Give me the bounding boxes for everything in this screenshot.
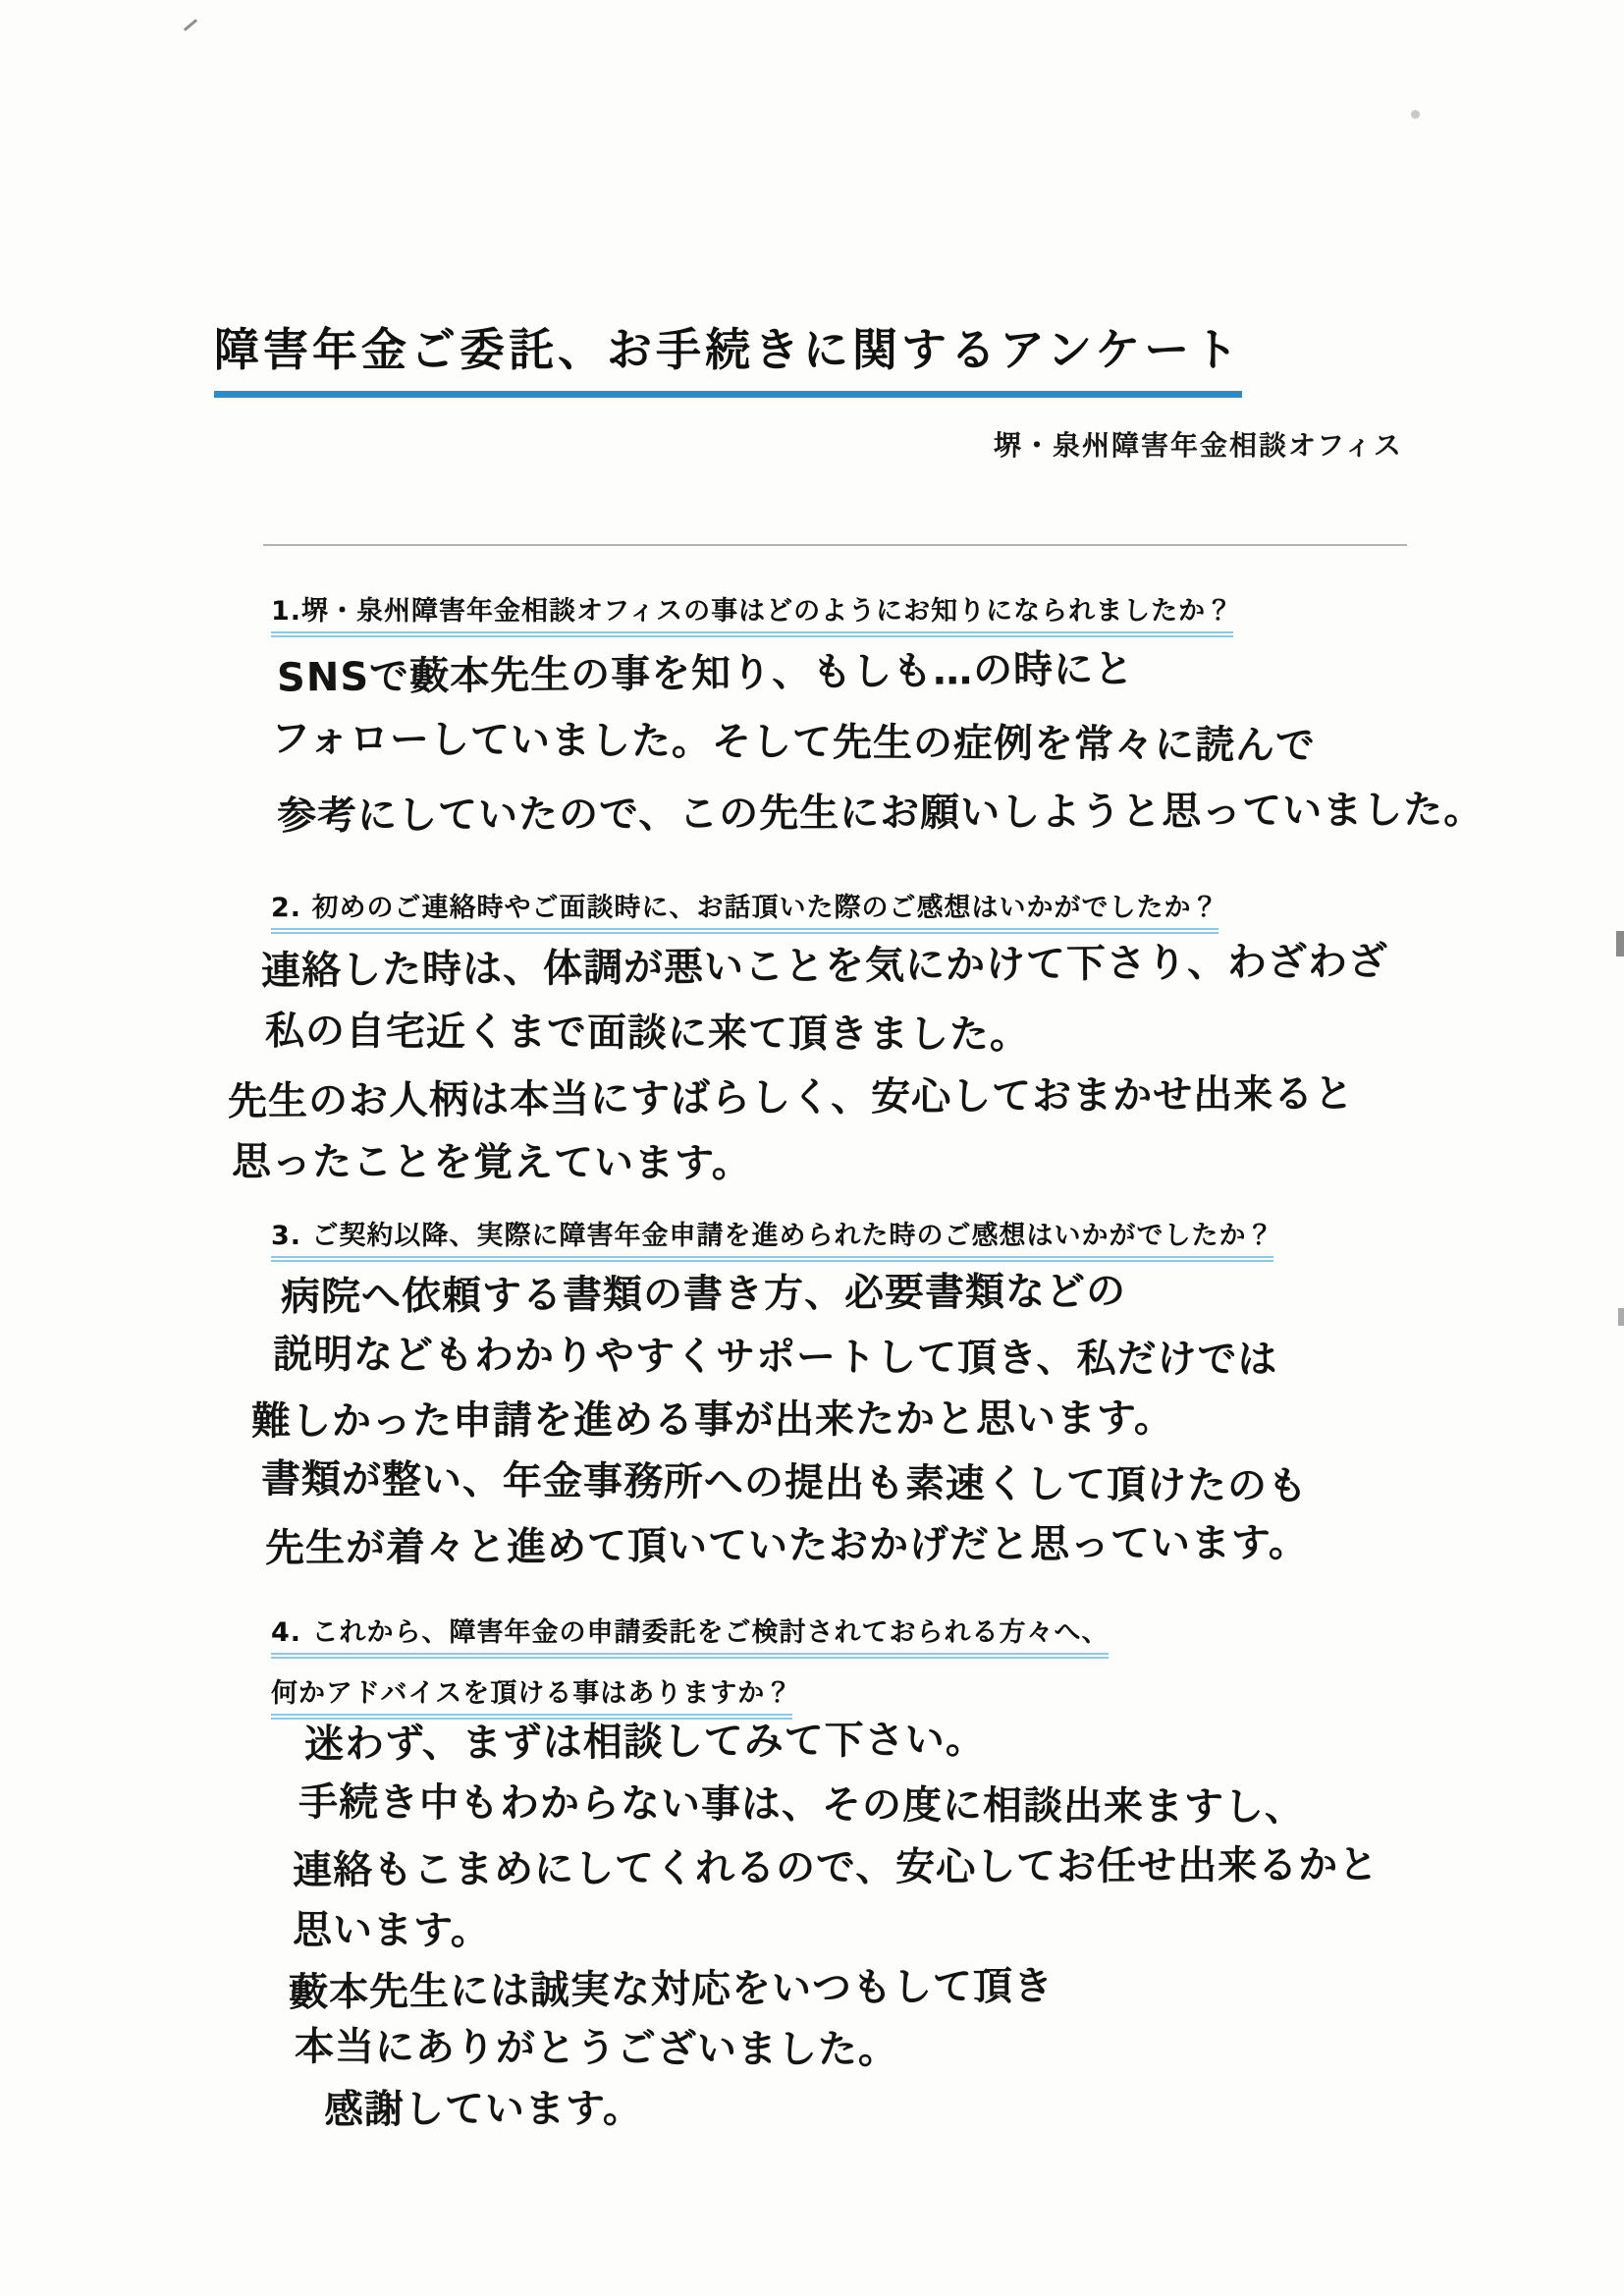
question-1-answer-line: フォローしていました。そして先生の症例を常々に読んで (271, 717, 1316, 767)
scanned-questionnaire-page: 障害年金ご委託、お手続きに関するアンケート 堺・泉州障害年金相談オフィス 1.堺… (0, 0, 1624, 2296)
question-3-answer-line: 説明などもわかりやすくサポートして頂き、私だけでは (273, 1333, 1278, 1381)
question-2-answer-line: 思ったことを覚えています。 (232, 1140, 752, 1185)
question-3-answer-line: 難しかった申請を進める事が出来たかと思います。 (251, 1396, 1174, 1443)
question-2-answer-line: 連絡した時は、体調が悪いことを気にかけて下さり、わざわざ (261, 940, 1388, 993)
question-2-answer-line: 私の自宅近くまで面談に来て頂きました。 (265, 1010, 1030, 1057)
organization-name: 堺・泉州障害年金相談オフィス (994, 424, 1403, 464)
question-4-answer-line: 迷わず、まずは相談してみて下さい。 (304, 1719, 986, 1767)
question-4-answer-line: 本当にありがとうございました。 (295, 2025, 898, 2071)
question-1-heading: 1.堺・泉州障害年金相談オフィスの事はどのようにお知りになられましたか？ (271, 589, 1233, 637)
question-4-heading: 4. これから、障害年金の申請委託をご検討されておられる方々へ、 (271, 1611, 1109, 1659)
question-4-answer-line: 藪本先生には誠実な対応をいつもして頂き (289, 1965, 1054, 2015)
scan-artifact (1411, 110, 1420, 119)
question-4-answer-line: 連絡もこまめにしてくれるので、安心してお任せ出来るかと (293, 1843, 1379, 1892)
question-1-answer-line: 参考にしていたので、この先生にお願いしようと思っていました。 (277, 789, 1484, 838)
question-3-answer-line: 病院へ依頼する書類の書き方、必要書類などの (281, 1270, 1126, 1319)
question-4-heading-text-line2: 何かアドバイスを頂ける事はありますか？ (271, 1671, 792, 1720)
question-4-heading-text-line1: 4. これから、障害年金の申請委託をご検討されておられる方々へ、 (271, 1611, 1109, 1659)
question-3-answer-line: 先生が着々と進めて頂いていたおかげだと思っています。 (265, 1521, 1309, 1570)
scan-artifact (1618, 1308, 1624, 1326)
question-2-heading-text: 2. 初めのご連絡時やご面談時に、お話頂いた際のご感想はいかがでしたか？ (271, 886, 1218, 934)
question-4-answer-line: 感謝しています。 (324, 2087, 643, 2131)
question-4-answer-line: 手続き中もわからない事は、その度に相談出来ますし、 (298, 1780, 1305, 1829)
document-title: 障害年金ご委託、お手続きに関するアンケート (214, 314, 1242, 398)
separator-line (263, 544, 1407, 546)
question-2-answer-line: 先生のお人柄は本当にすばらしく、安心しておまかせ出来ると (228, 1072, 1354, 1123)
question-3-answer-line: 書類が整い、年金事務所への提出も素速くして頂けたのも (261, 1457, 1308, 1507)
question-4-answer-line: 思います。 (293, 1909, 491, 1953)
question-4-heading-line2: 何かアドバイスを頂ける事はありますか？ (271, 1671, 792, 1720)
scan-artifact (1616, 931, 1624, 957)
question-3-heading: 3. ご契約以降、実際に障害年金申請を進められた時のご感想はいかがでしたか？ (271, 1214, 1273, 1262)
question-1-heading-text: 1.堺・泉州障害年金相談オフィスの事はどのようにお知りになられましたか？ (271, 589, 1233, 637)
question-1-answer-line: SNSで藪本先生の事を知り、もしも…の時にと (277, 647, 1135, 699)
scan-artifact (184, 19, 197, 31)
question-2-heading: 2. 初めのご連絡時やご面談時に、お話頂いた際のご感想はいかがでしたか？ (271, 886, 1218, 934)
question-3-heading-text: 3. ご契約以降、実際に障害年金申請を進められた時のご感想はいかがでしたか？ (271, 1214, 1273, 1262)
